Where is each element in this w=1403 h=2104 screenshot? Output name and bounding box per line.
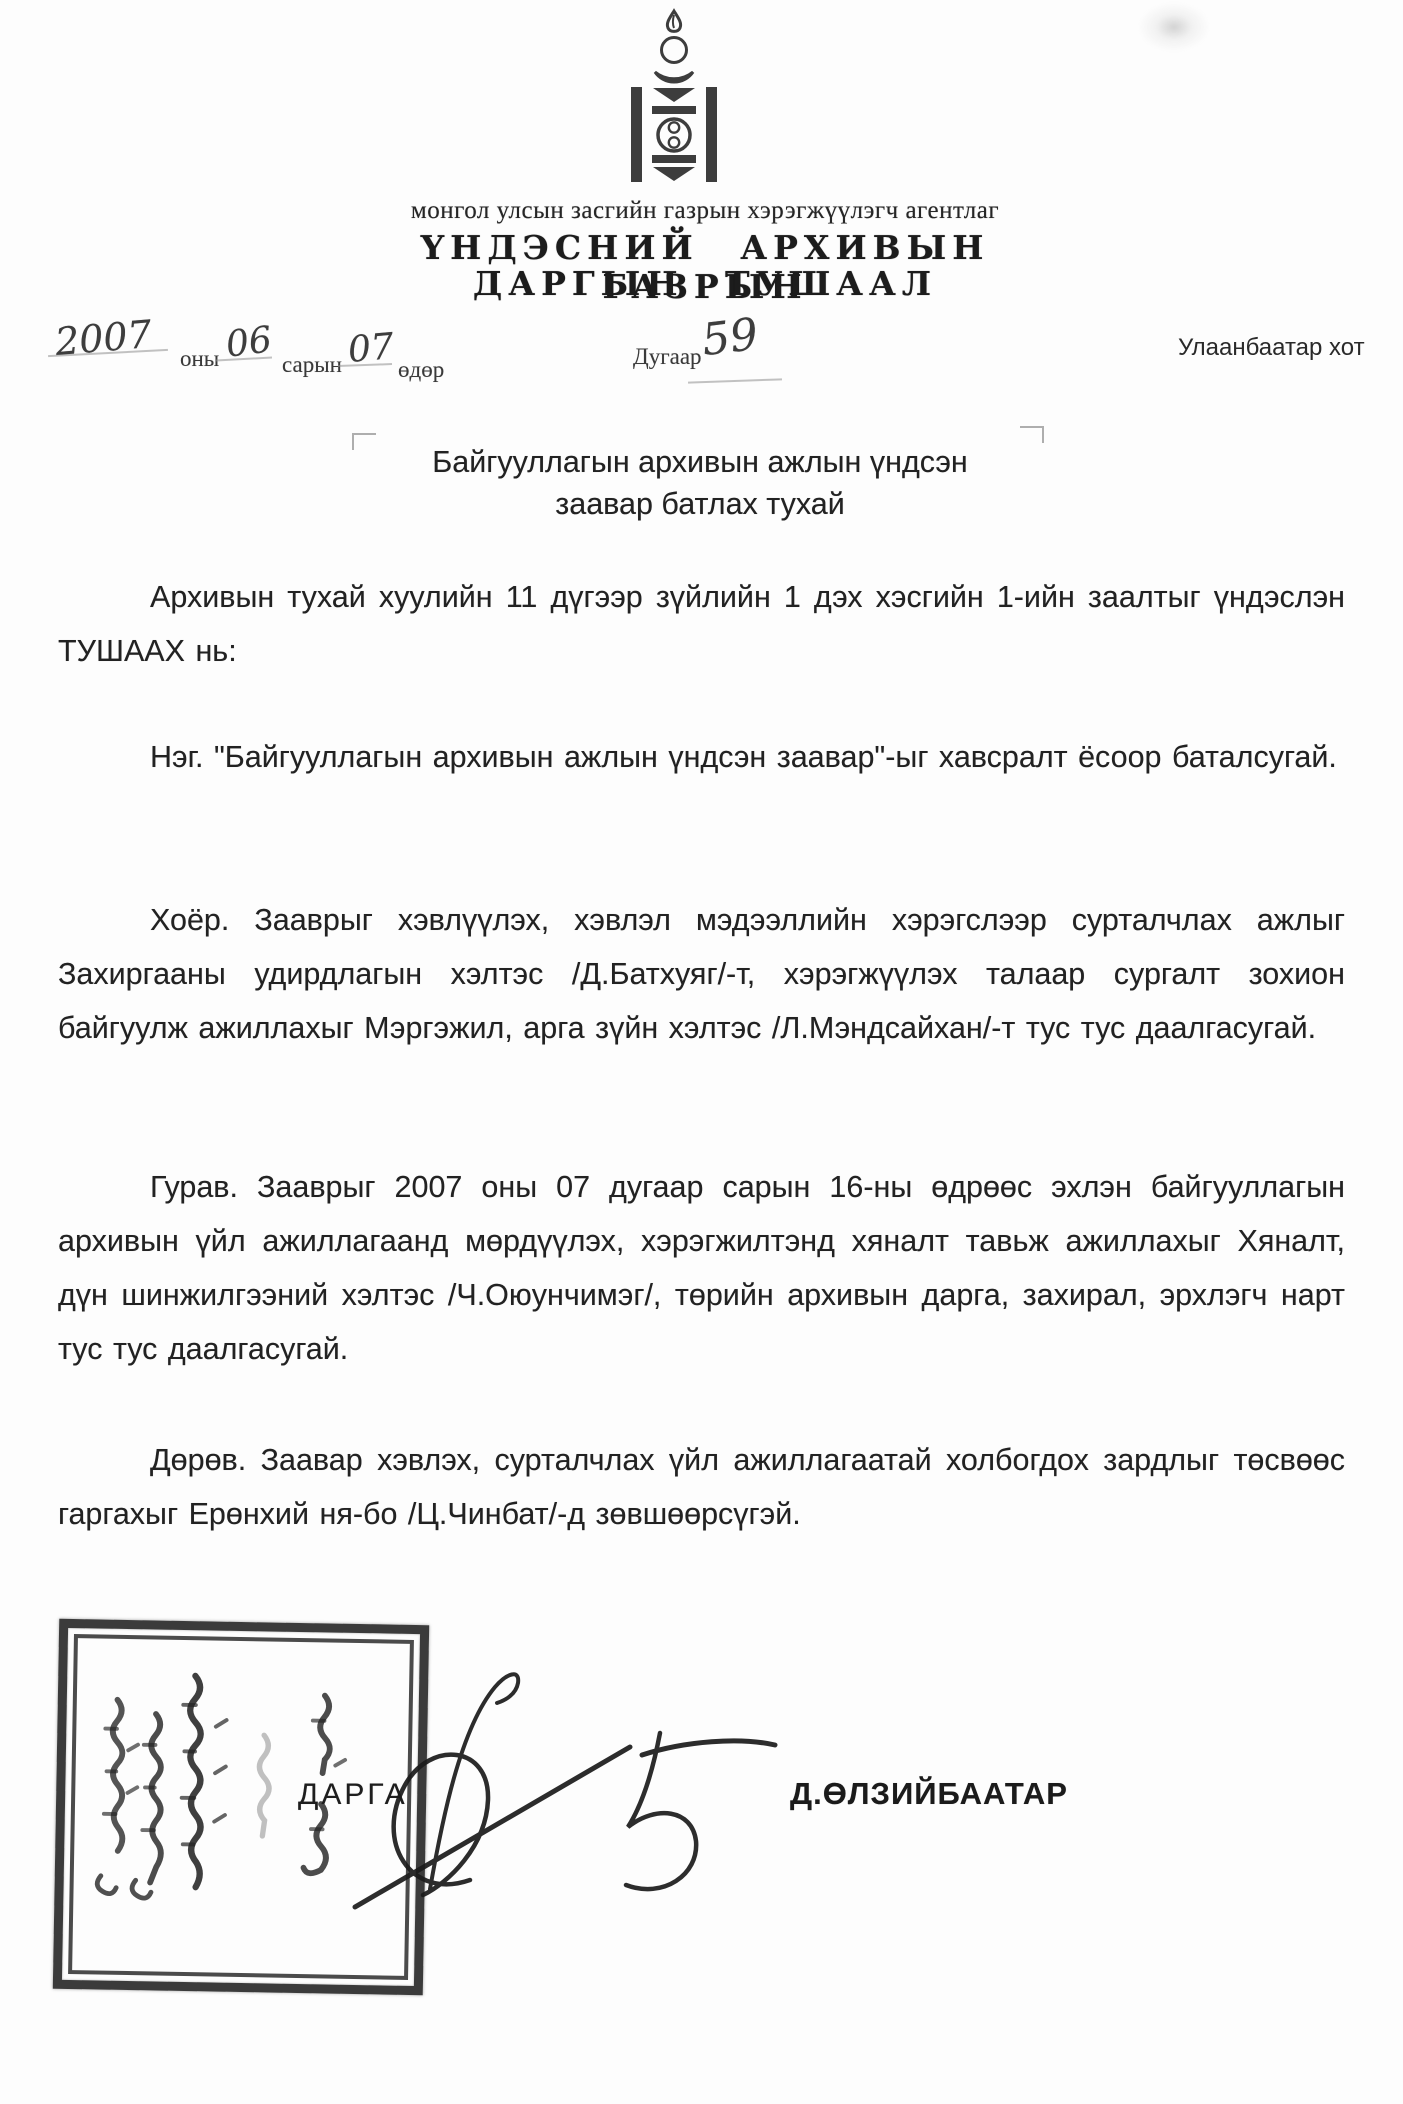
number-label: Дугаар [633, 344, 702, 370]
number-underline [688, 378, 782, 383]
soyombo-body [631, 87, 717, 182]
soyombo-sun [662, 38, 687, 63]
handwritten-number: 59 [699, 309, 761, 366]
document-title: Байгууллагын архивын ажлын үндсэн заавар… [350, 441, 1050, 525]
body-paragraph: Дөрөв. Заавар хэвлэх, сурталчлах үйл ажи… [58, 1433, 1345, 1541]
body-paragraph: Архивын тухай хуулийн 11 дүгээр зүйлийн … [58, 570, 1345, 678]
document-title-line-1: Байгууллагын архивын ажлын үндсэн [350, 441, 1050, 483]
scanned-order-document: монгол улсын засгийн газрын хэрэгжүүлэгч… [0, 0, 1403, 2104]
day-label: өдөр [398, 357, 444, 383]
city-label: Улаанбаатар хот [1178, 334, 1365, 362]
month-label: сарын [282, 352, 342, 378]
year-label: оны [180, 346, 219, 372]
body-paragraph: Гурав. Зааврыг 2007 оны 07 дугаар сарын … [58, 1160, 1345, 1376]
scan-smudge [1138, 2, 1210, 52]
soyombo-flame [667, 11, 680, 31]
org-name-line-2: ДАРГЫН ТУШААЛ [300, 264, 1110, 303]
signatory-name: Д.ӨЛЗИЙБААТАР [790, 1776, 1068, 1812]
soyombo-moon [655, 72, 693, 82]
soyombo-yinyang [658, 119, 690, 151]
agency-name-line: монгол улсын засгийн газрын хэрэгжүүлэгч… [300, 197, 1110, 225]
soyombo-emblem-icon [628, 8, 720, 186]
document-title-line-2: заавар батлах тухай [350, 483, 1050, 525]
body-paragraph: Хоёр. Зааврыг хэвлүүлэх, хэвлэл мэдээлли… [58, 893, 1345, 1055]
handwritten-signature-icon [330, 1645, 800, 1915]
handwritten-year: 2007 [53, 312, 153, 364]
body-paragraph: Нэг. "Байгууллагын архивын ажлын үндсэн … [58, 730, 1345, 784]
